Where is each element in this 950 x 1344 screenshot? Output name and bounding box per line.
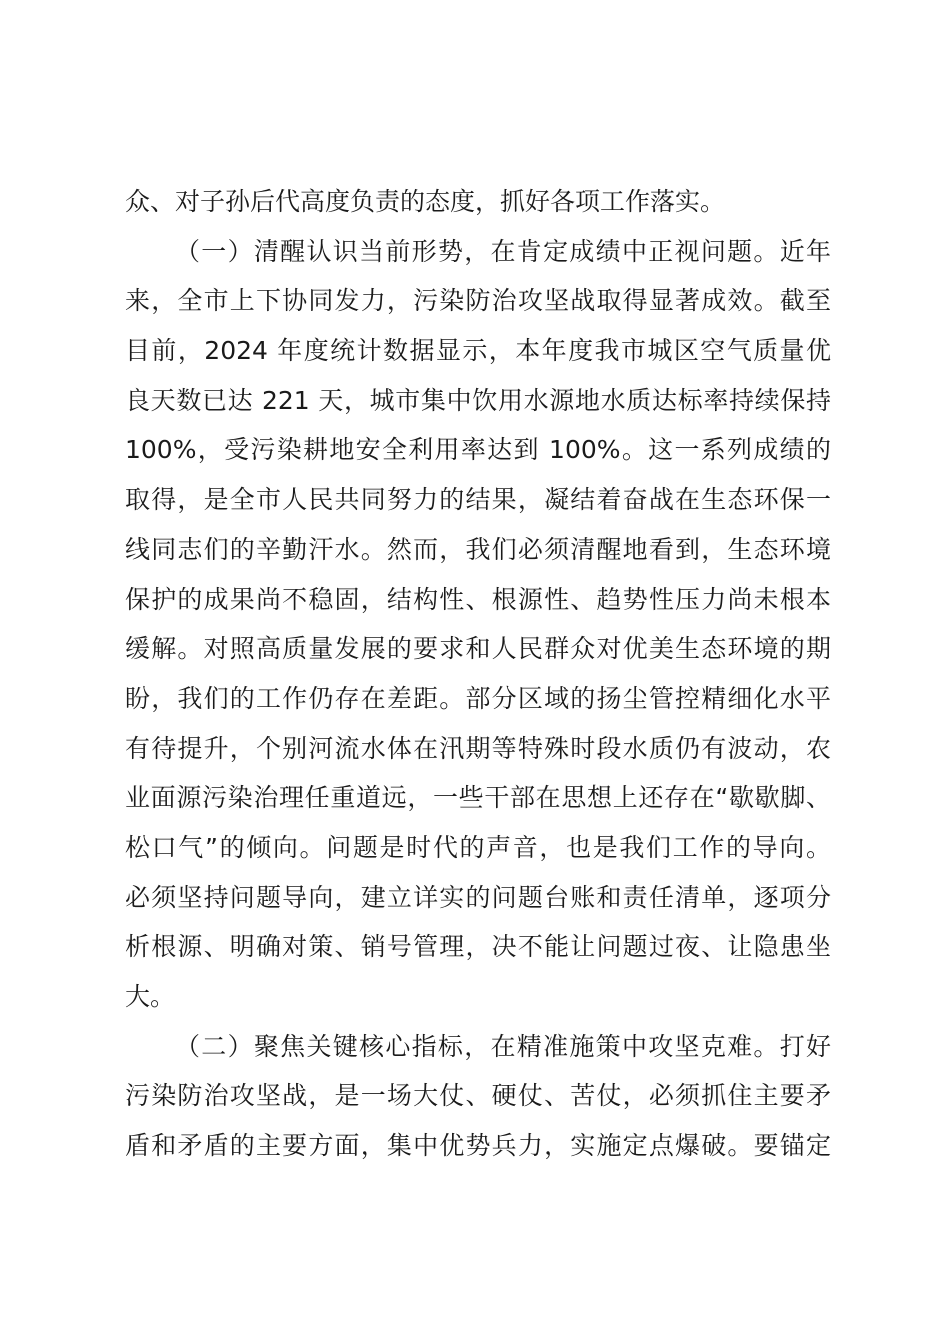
doc-line: 业面源污染治理任重道远，一些干部在思想上还存在“歇歇脚、 [125, 773, 831, 823]
doc-line: 线同志们的辛勤汗水。然而，我们必须清醒地看到，生态环境 [125, 525, 831, 575]
text-block: 众、对子孙后代高度负责的态度，抓好各项工作落实。 （一）清醒认识当前形势，在肯定… [125, 177, 831, 1171]
doc-line: 大。 [125, 972, 831, 1022]
doc-line: 保护的成果尚不稳固，结构性、根源性、趋势性压力尚未根本 [125, 575, 831, 625]
doc-line: 盾和矛盾的主要方面，集中优势兵力，实施定点爆破。要锚定 [125, 1121, 831, 1171]
doc-line: 缓解。对照高质量发展的要求和人民群众对优美生态环境的期 [125, 624, 831, 674]
doc-line: （一）清醒认识当前形势，在肯定成绩中正视问题。近年 [125, 227, 831, 277]
doc-line: 良天数已达 221 天，城市集中饮用水源地水质达标率持续保持 [125, 376, 831, 426]
doc-line: 100%，受污染耕地安全利用率达到 100%。这一系列成绩的 [125, 425, 831, 475]
doc-line: 污染防治攻坚战，是一场大仗、硬仗、苦仗，必须抓住主要矛 [125, 1071, 831, 1121]
doc-line: 必须坚持问题导向，建立详实的问题台账和责任清单，逐项分 [125, 873, 831, 923]
document-page: 众、对子孙后代高度负责的态度，抓好各项工作落实。 （一）清醒认识当前形势，在肯定… [0, 0, 950, 1344]
doc-line: （二）聚焦关键核心指标，在精准施策中攻坚克难。打好 [125, 1022, 831, 1072]
doc-line: 析根源、明确对策、销号管理，决不能让问题过夜、让隐患坐 [125, 922, 831, 972]
doc-line: 取得，是全市人民共同努力的结果，凝结着奋战在生态环保一 [125, 475, 831, 525]
doc-line: 有待提升，个别河流水体在汛期等特殊时段水质仍有波动，农 [125, 724, 831, 774]
doc-line: 松口气”的倾向。问题是时代的声音，也是我们工作的导向。 [125, 823, 831, 873]
doc-line: 来，全市上下协同发力，污染防治攻坚战取得显著成效。截至 [125, 276, 831, 326]
doc-line: 众、对子孙后代高度负责的态度，抓好各项工作落实。 [125, 177, 831, 227]
doc-line: 盼，我们的工作仍存在差距。部分区域的扬尘管控精细化水平 [125, 674, 831, 724]
doc-line: 目前，2024 年度统计数据显示，本年度我市城区空气质量优 [125, 326, 831, 376]
